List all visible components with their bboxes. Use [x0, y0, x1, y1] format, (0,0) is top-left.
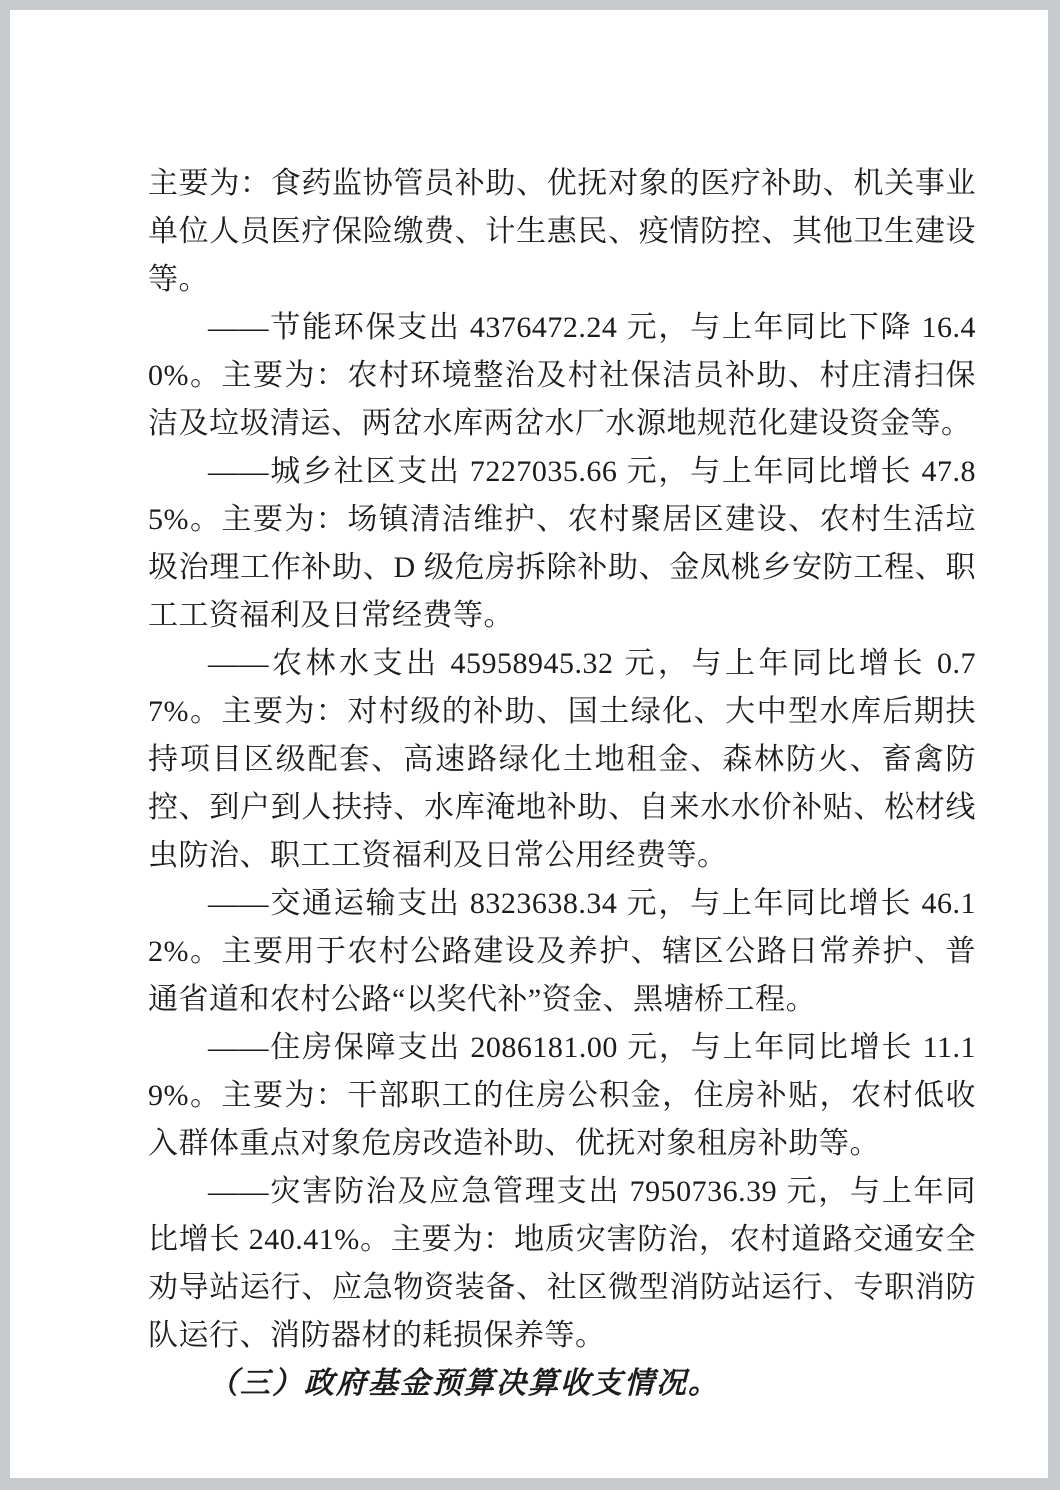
- paragraph-energy-conservation-expense: ——节能环保支出 4376472.24 元，与上年同比下降 16.40%。主要为…: [148, 304, 976, 448]
- paragraph-agriculture-forestry-water-expense: ——农林水支出 45958945.32 元，与上年同比增长 0.77%。主要为：…: [148, 640, 976, 880]
- paragraph-transportation-expense: ——交通运输支出 8323638.34 元，与上年同比增长 46.12%。主要用…: [148, 880, 976, 1024]
- paragraph-housing-security-expense: ——住房保障支出 2086181.00 元，与上年同比增长 11.19%。主要为…: [148, 1024, 976, 1168]
- section-heading-government-fund-budget: （三）政府基金预算决算收支情况。: [148, 1360, 976, 1408]
- document-page: 主要为：食药监协管员补助、优抚对象的医疗补助、机关事业单位人员医疗保险缴费、计生…: [10, 10, 1048, 1478]
- document-body: 主要为：食药监协管员补助、优抚对象的医疗补助、机关事业单位人员医疗保险缴费、计生…: [148, 160, 976, 1408]
- paragraph-disaster-prevention-expense: ——灾害防治及应急管理支出 7950736.39 元，与上年同比增长 240.4…: [148, 1168, 976, 1360]
- paragraph-health-expense-continuation: 主要为：食药监协管员补助、优抚对象的医疗补助、机关事业单位人员医疗保险缴费、计生…: [148, 160, 976, 304]
- paragraph-urban-rural-community-expense: ——城乡社区支出 7227035.66 元，与上年同比增长 47.85%。主要为…: [148, 448, 976, 640]
